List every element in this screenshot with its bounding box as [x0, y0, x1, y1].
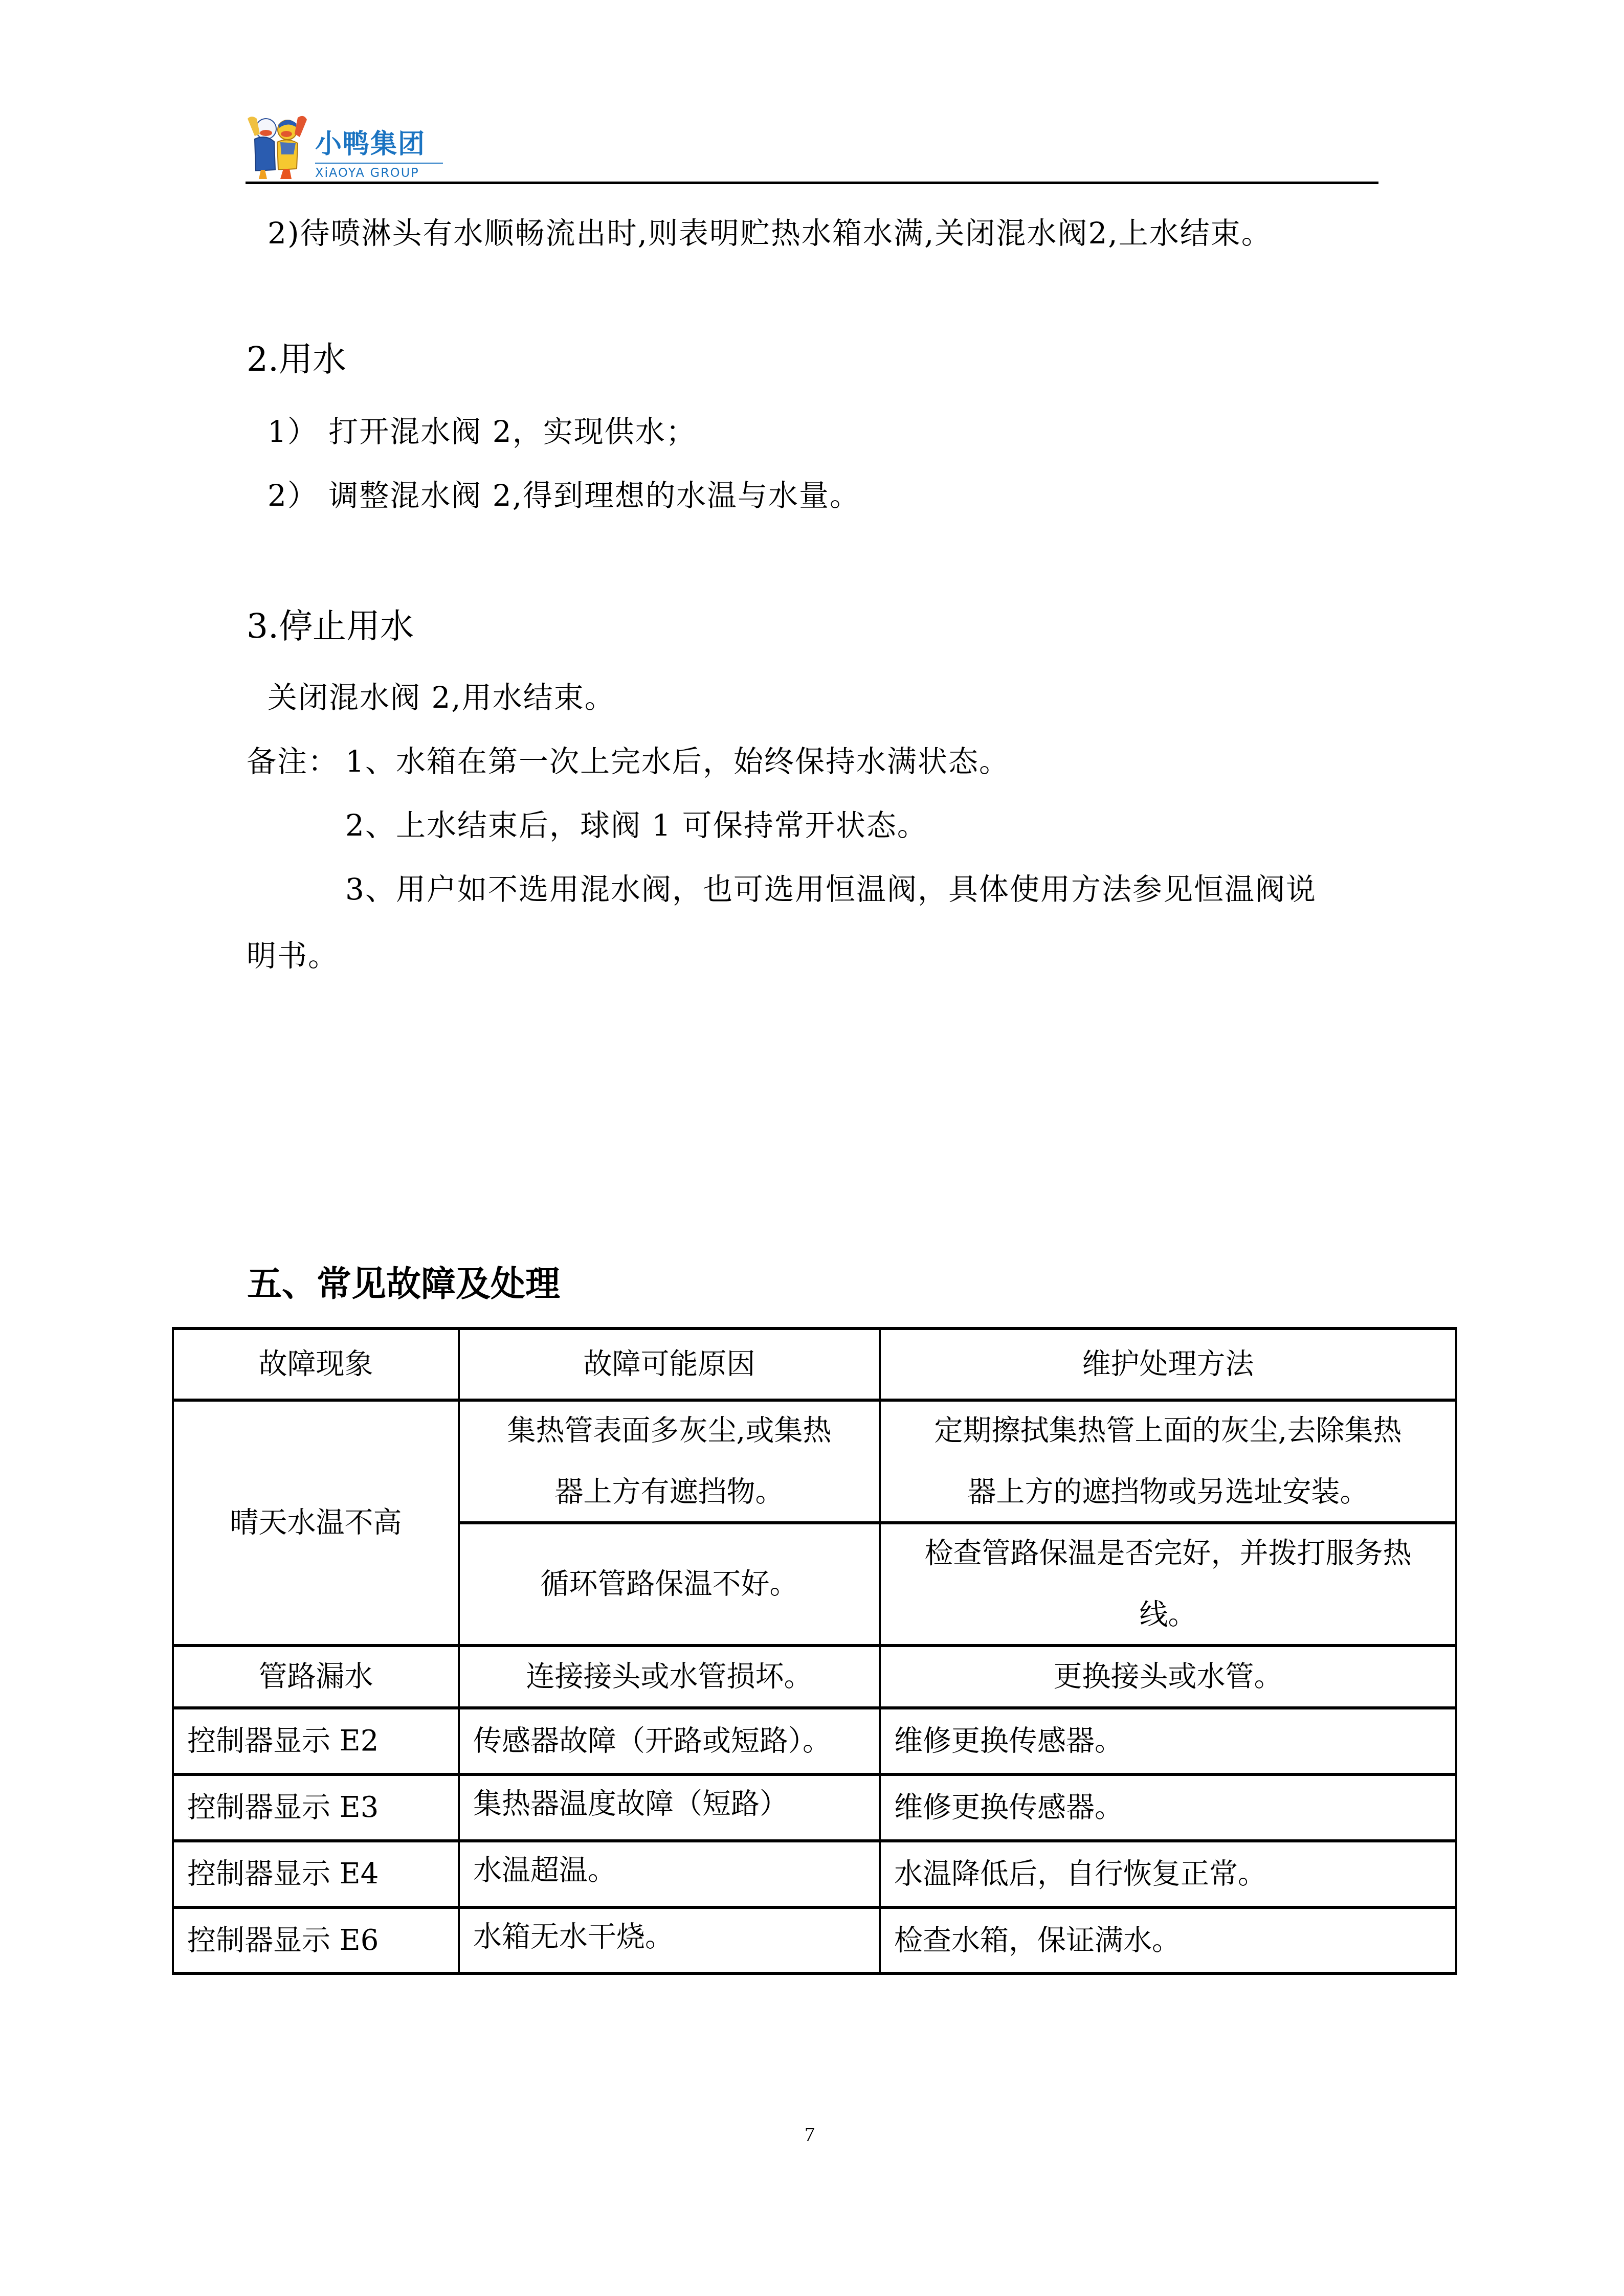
table-row-symptom: 控制器显示 E4: [174, 1842, 458, 1906]
logo-divider: [315, 163, 443, 164]
faults-table: 故障现象 故障可能原因 维护处理方法 晴天水温不高 集热管表面多灰尘,或集热 器…: [172, 1327, 1457, 1974]
table-border: [1455, 1327, 1457, 1975]
table-row-cause: 集热管表面多灰尘,或集热 器上方有遮挡物。: [460, 1402, 879, 1521]
note-item-1: 1、水箱在第一次上完水后，始终保持水满状态。: [345, 747, 1010, 776]
notes-label: 备注：: [247, 747, 339, 776]
column-header-fix: 维护处理方法: [881, 1330, 1455, 1399]
fill-step-2: 2)待喷淋头有水顺畅流出时,则表明贮热水箱水满,关闭混水阀2,上水结束。: [268, 218, 1272, 248]
use-water-step-2: 2） 调整混水阀 2,得到理想的水温与水量。: [268, 481, 860, 510]
use-water-step-1: 1） 打开混水阀 2，实现供水；: [268, 417, 697, 446]
table-border: [172, 1972, 1457, 1975]
table-row-fix: 定期擦拭集热管上面的灰尘,去除集热 器上方的遮挡物或另选址安装。: [881, 1402, 1455, 1521]
table-row-cause: 水箱无水干烧。: [460, 1909, 879, 1972]
faults-title: 五、常见故障及处理: [247, 1267, 560, 1302]
table-row-symptom: 控制器显示 E3: [174, 1776, 458, 1839]
note-item-2: 2、上水结束后，球阀 1 可保持常开状态。: [345, 811, 928, 840]
column-header-cause: 故障可能原因: [460, 1330, 879, 1399]
column-header-symptom: 故障现象: [174, 1330, 458, 1399]
stop-water-text: 关闭混水阀 2,用水结束。: [268, 683, 615, 712]
table-row-fix: 检查水箱，保证满水。: [881, 1909, 1455, 1972]
logo-chinese-text: 小鸭集团: [315, 131, 426, 157]
header-rule: [246, 182, 1378, 184]
table-row-cause: 传感器故障（开路或短路）。: [460, 1709, 879, 1773]
table-row-fix: 维修更换传感器。: [881, 1776, 1455, 1839]
note-item-3-continuation: 明书。: [247, 941, 339, 971]
table-row-fix: 维修更换传感器。: [881, 1709, 1455, 1773]
table-row-cause: 循环管路保温不好。: [460, 1524, 879, 1644]
table-row-symptom: 控制器显示 E6: [174, 1909, 458, 1972]
table-row-cause: 连接接头或水管损坏。: [460, 1647, 879, 1706]
table-row-cause: 集热器温度故障（短路）: [460, 1776, 879, 1839]
section-heading-use-water: 2.用水: [247, 343, 346, 376]
page-number: 7: [805, 2122, 815, 2146]
table-row-symptom: 控制器显示 E2: [174, 1709, 458, 1773]
table-row-fix: 水温降低后，自行恢复正常。: [881, 1842, 1455, 1906]
section-heading-stop-water: 3.停止用水: [247, 610, 414, 643]
logo-english-text: XiAOYA GROUP: [315, 167, 419, 179]
company-logo: 小鸭集团 XiAOYA GROUP: [244, 114, 449, 183]
table-row-cause: 水温超温。: [460, 1842, 879, 1906]
duck-mascots-icon: [244, 114, 308, 180]
table-row-symptom: 管路漏水: [174, 1647, 458, 1706]
table-row-fix: 更换接头或水管。: [881, 1647, 1455, 1706]
table-row-symptom: 晴天水温不高: [174, 1402, 458, 1644]
table-row-fix: 检查管路保温是否完好，并拨打服务热 线。: [881, 1524, 1455, 1644]
note-item-3: 3、用户如不选用混水阀，也可选用恒温阀，具体使用方法参见恒温阀说: [345, 874, 1317, 904]
